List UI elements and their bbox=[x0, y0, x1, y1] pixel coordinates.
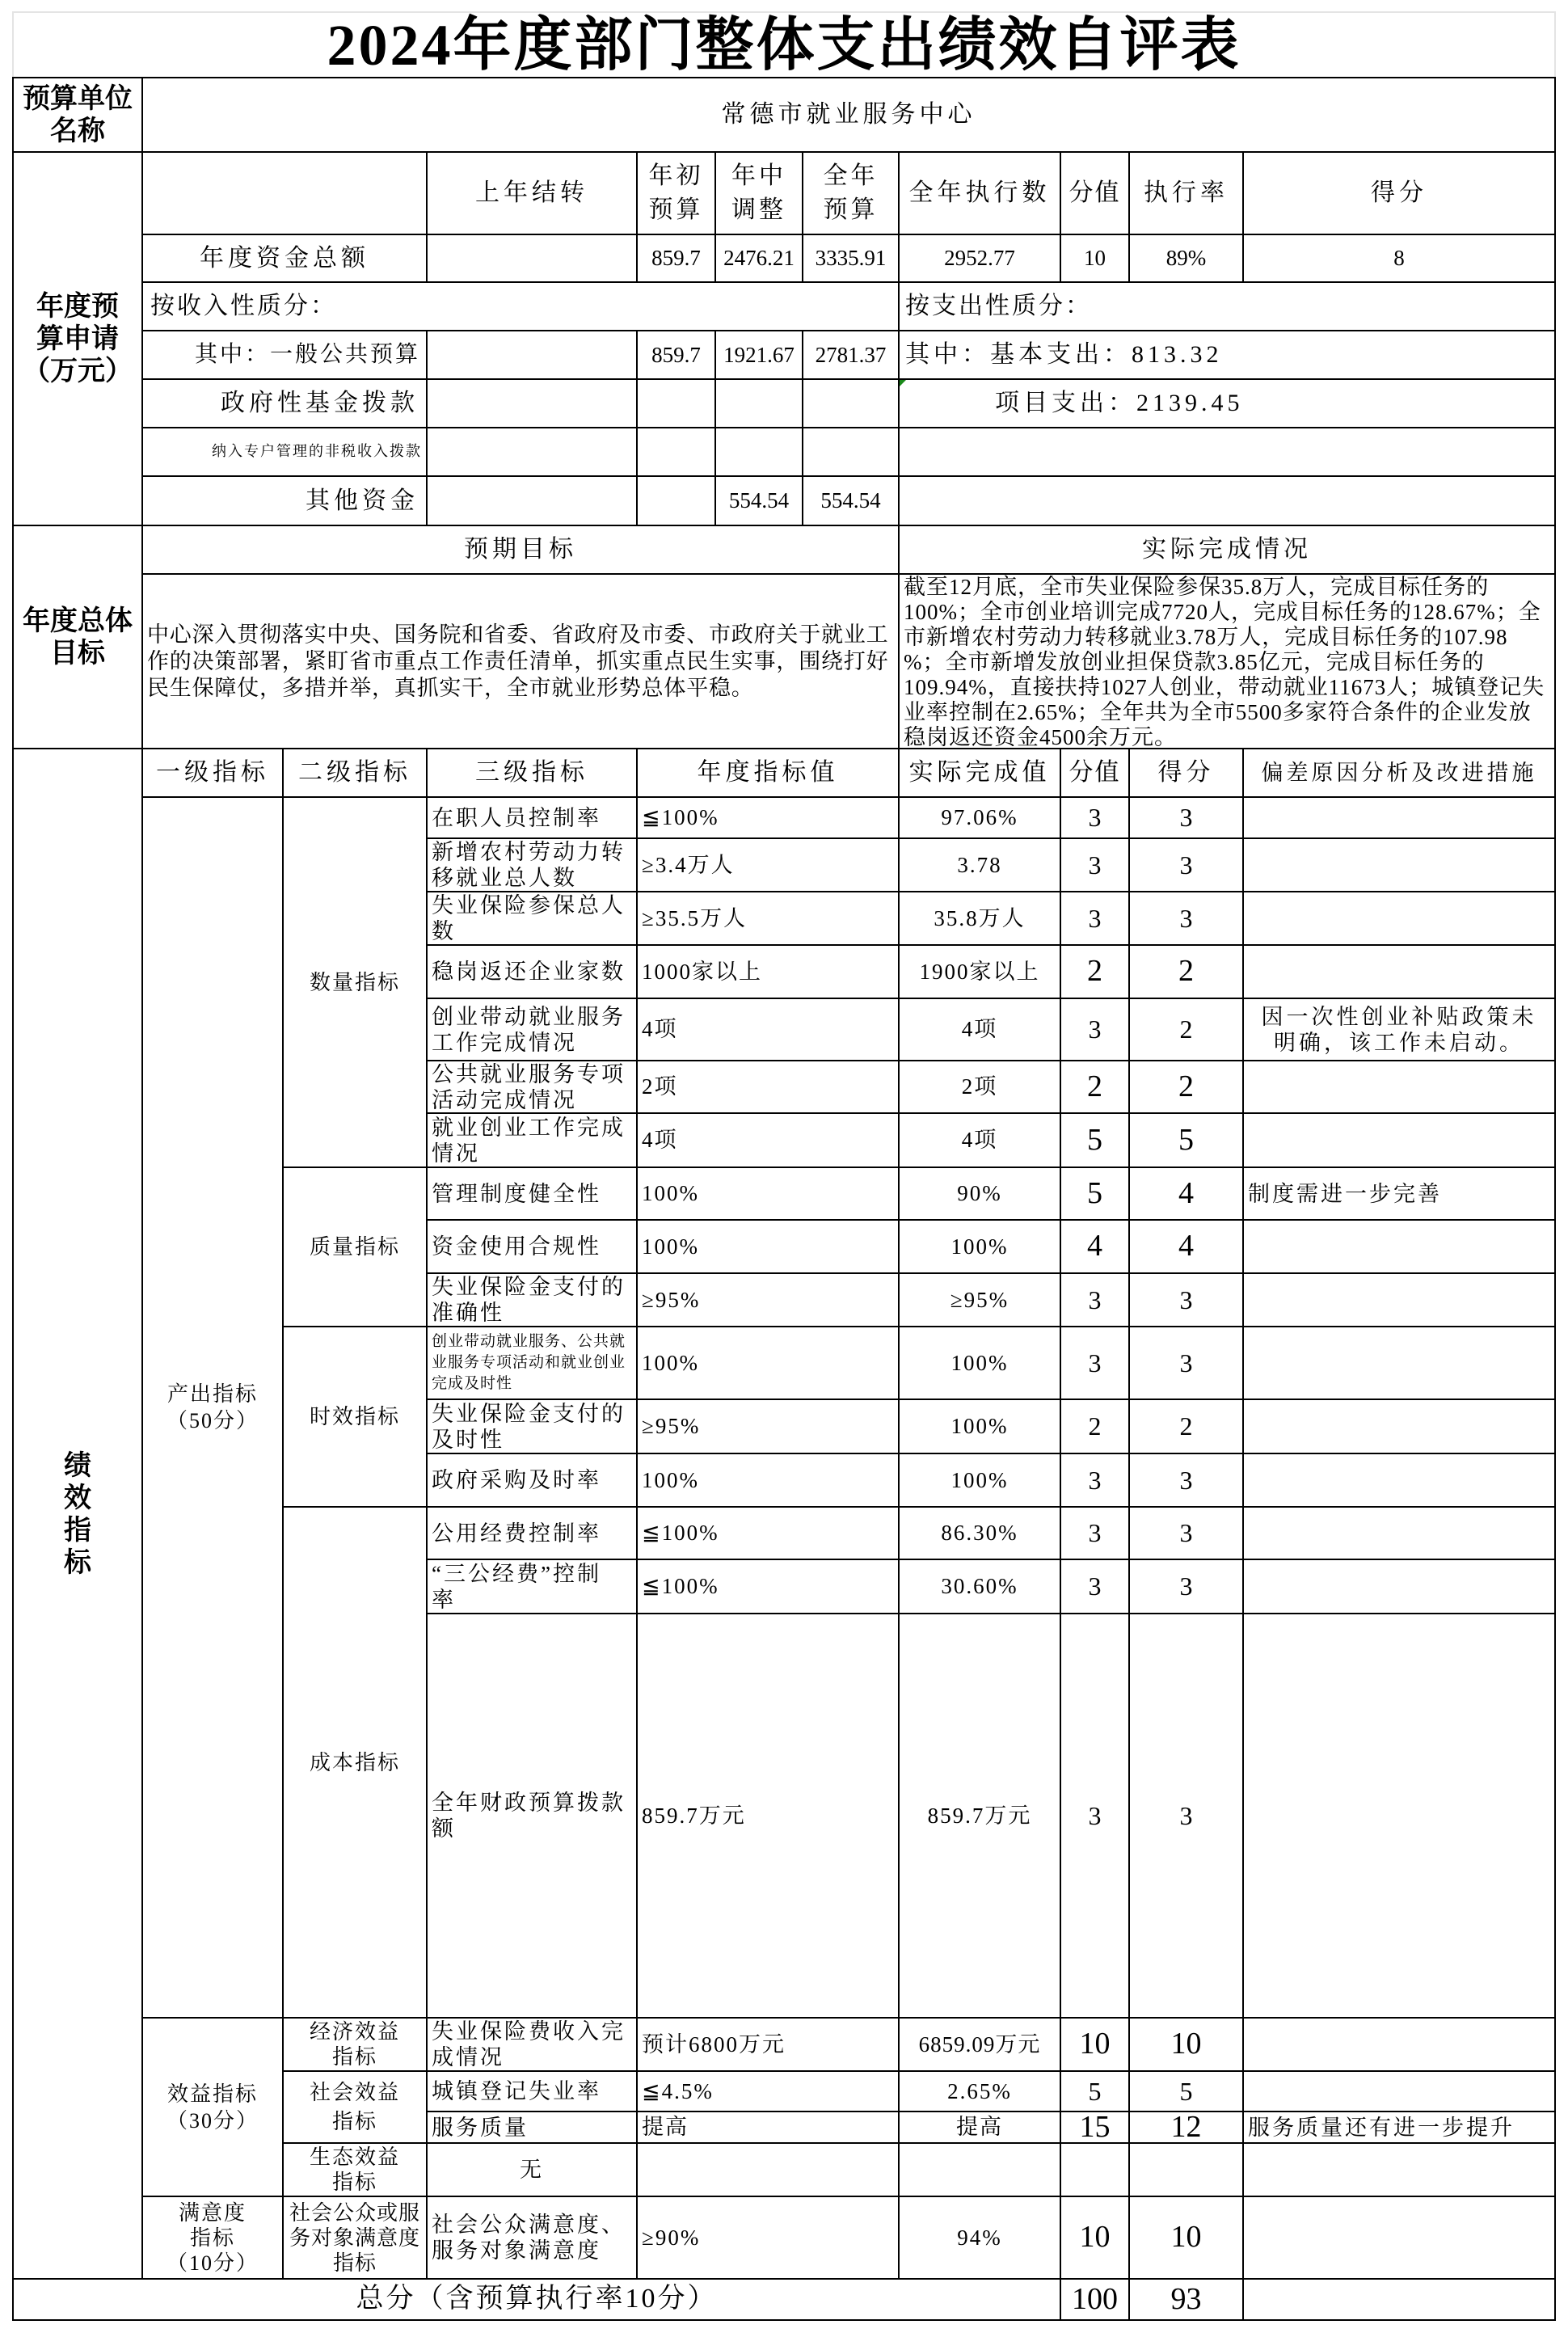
indicator-actual: 4项 bbox=[899, 1113, 1060, 1167]
indicator-name: 失业保险金支付的 及时性 bbox=[427, 1399, 637, 1453]
expected-goal-header: 预期目标 bbox=[142, 525, 899, 574]
indicator-name: 城镇登记失业率 bbox=[427, 2071, 637, 2112]
indicator-name: 政府采购及时率 bbox=[427, 1453, 637, 1507]
income-row-carryover bbox=[427, 379, 637, 428]
income-row-initial bbox=[637, 379, 715, 428]
indicator-name: 公用经费控制率 bbox=[427, 1507, 637, 1559]
budget-total-carryover bbox=[427, 234, 637, 282]
indicator-name: 创业带动就业服务 工作完成情况 bbox=[427, 998, 637, 1061]
indicator-deviation bbox=[1243, 1327, 1555, 1399]
indicator-weight: 3 bbox=[1060, 998, 1129, 1061]
budget-total-exec-rate: 89% bbox=[1129, 234, 1243, 282]
indicator-score: 4 bbox=[1129, 1220, 1243, 1273]
indicator-deviation bbox=[1243, 1113, 1555, 1167]
indicator-score: 3 bbox=[1129, 1507, 1243, 1559]
income-row-full-year bbox=[803, 379, 899, 428]
indicator-target: ≥3.4万人 bbox=[637, 838, 899, 892]
indicator-score: 3 bbox=[1129, 1614, 1243, 2018]
total-note bbox=[1243, 2279, 1555, 2320]
indicator-deviation: 制度需进一步完善 bbox=[1243, 1167, 1555, 1220]
budget-total-label: 年度资金总额 bbox=[142, 234, 427, 282]
income-row-carryover bbox=[427, 428, 637, 476]
indicator-actual: 859.7万元 bbox=[899, 1614, 1060, 2018]
indicator-score: 2 bbox=[1129, 1399, 1243, 1453]
indicator-weight: 3 bbox=[1060, 797, 1129, 838]
indicator-deviation bbox=[1243, 2196, 1555, 2279]
indicator-score: 5 bbox=[1129, 2071, 1243, 2112]
indicator-score: 3 bbox=[1129, 892, 1243, 945]
actual-completion-header: 实际完成情况 bbox=[899, 525, 1555, 574]
indicator-actual: 94% bbox=[899, 2196, 1060, 2279]
indicator-weight: 3 bbox=[1060, 1614, 1129, 2018]
indicator-deviation bbox=[1243, 2071, 1555, 2112]
income-row-midyear: 1921.67 bbox=[715, 331, 803, 379]
indicator-score: 3 bbox=[1129, 1273, 1243, 1327]
indicator-score: 2 bbox=[1129, 1061, 1243, 1113]
budget-total-score: 8 bbox=[1243, 234, 1555, 282]
budget-header-blank bbox=[142, 152, 427, 234]
indicator-score: 3 bbox=[1129, 838, 1243, 892]
income-row-full-year: 2781.37 bbox=[803, 331, 899, 379]
indicator-target: 100% bbox=[637, 1453, 899, 1507]
budget-total-weight: 10 bbox=[1060, 234, 1129, 282]
indicator-name: 就业创业工作完成 情况 bbox=[427, 1113, 637, 1167]
unit-name: 常德市就业服务中心 bbox=[142, 78, 1555, 152]
indicator-score: 3 bbox=[1129, 1559, 1243, 1614]
budget-section-label: 年度预 算申请 （万元） bbox=[13, 152, 142, 525]
indicator-weight: 5 bbox=[1060, 1113, 1129, 1167]
level2-satisfaction: 社会公众或服 务对象满意度 指标 bbox=[283, 2196, 427, 2279]
indicator-name: “三公经费”控制 率 bbox=[427, 1559, 637, 1614]
indicator-weight: 3 bbox=[1060, 1559, 1129, 1614]
indicator-name: 全年财政预算拨款 额 bbox=[427, 1614, 637, 2018]
income-row-midyear bbox=[715, 428, 803, 476]
header-target: 年度指标值 bbox=[637, 749, 899, 797]
indicator-actual: 6859.09万元 bbox=[899, 2018, 1060, 2071]
indicator-weight: 3 bbox=[1060, 1507, 1129, 1559]
income-row-full-year: 554.54 bbox=[803, 476, 899, 525]
indicator-actual: 2项 bbox=[899, 1061, 1060, 1113]
income-row-midyear: 554.54 bbox=[715, 476, 803, 525]
income-row-initial: 859.7 bbox=[637, 331, 715, 379]
indicator-target: 提高 bbox=[637, 2112, 899, 2143]
indicator-name: 管理制度健全性 bbox=[427, 1167, 637, 1220]
indicator-score: 12 bbox=[1129, 2112, 1243, 2143]
indicator-score: 2 bbox=[1129, 998, 1243, 1061]
performance-self-evaluation-sheet: 2024年度部门整体支出绩效自评表 预算单位 名称 常德市就业服务中心 年度预 … bbox=[0, 0, 1568, 2333]
indicator-name: 资金使用合规性 bbox=[427, 1220, 637, 1273]
expense-row-text bbox=[899, 428, 1555, 476]
indicator-actual: 35.8万人 bbox=[899, 892, 1060, 945]
indicator-target: ≦100% bbox=[637, 1559, 899, 1614]
indicator-target: ≥90% bbox=[637, 2196, 899, 2279]
indicator-deviation bbox=[1243, 1220, 1555, 1273]
indicator-target: ≥95% bbox=[637, 1399, 899, 1453]
indicator-actual: 100% bbox=[899, 1220, 1060, 1273]
indicator-weight: 3 bbox=[1060, 892, 1129, 945]
indicator-score: 3 bbox=[1129, 1453, 1243, 1507]
indicator-deviation bbox=[1243, 1273, 1555, 1327]
budget-header-initial: 年初 预算 bbox=[637, 152, 715, 234]
income-row-label: 其中：一般公共预算 bbox=[142, 331, 427, 379]
indicator-actual: 100% bbox=[899, 1327, 1060, 1399]
header-deviation: 偏差原因分析及改进措施 bbox=[1243, 749, 1555, 797]
indicator-target bbox=[637, 2143, 899, 2196]
budget-header-score: 得分 bbox=[1243, 152, 1555, 234]
indicator-name: 社会公众满意度、 服务对象满意度 bbox=[427, 2196, 637, 2279]
indicator-actual: 100% bbox=[899, 1453, 1060, 1507]
indicator-deviation bbox=[1243, 892, 1555, 945]
indicator-score: 3 bbox=[1129, 797, 1243, 838]
indicator-score: 5 bbox=[1129, 1113, 1243, 1167]
indicator-actual: 30.60% bbox=[899, 1559, 1060, 1614]
indicator-weight: 2 bbox=[1060, 945, 1129, 998]
indicator-name: 服务质量 bbox=[427, 2112, 637, 2143]
indicator-name: 创业带动就业服务、公共就 业服务专项活动和就业创业 完成及时性 bbox=[427, 1327, 637, 1399]
indicator-score: 10 bbox=[1129, 2018, 1243, 2071]
indicator-name: 新增农村劳动力转 移就业总人数 bbox=[427, 838, 637, 892]
income-row-full-year bbox=[803, 428, 899, 476]
level1-output: 产出指标 （50分） bbox=[142, 797, 283, 2018]
indicator-score: 10 bbox=[1129, 2196, 1243, 2279]
indicator-weight: 3 bbox=[1060, 838, 1129, 892]
indicator-weight: 4 bbox=[1060, 1220, 1129, 1273]
indicator-actual: ≥95% bbox=[899, 1273, 1060, 1327]
indicator-score: 4 bbox=[1129, 1167, 1243, 1220]
header-level2: 二级指标 bbox=[283, 749, 427, 797]
income-row-carryover bbox=[427, 476, 637, 525]
by-expense-label: 按支出性质分： bbox=[899, 282, 1555, 331]
goals-section-label: 年度总体 目标 bbox=[13, 525, 142, 749]
indicator-actual: 3.78 bbox=[899, 838, 1060, 892]
indicator-weight: 3 bbox=[1060, 1273, 1129, 1327]
indicator-deviation bbox=[1243, 838, 1555, 892]
indicator-deviation bbox=[1243, 1399, 1555, 1453]
level2-economic-benefit: 经济效益 指标 bbox=[283, 2018, 427, 2071]
by-income-label: 按收入性质分： bbox=[142, 282, 899, 331]
budget-total-initial: 859.7 bbox=[637, 234, 715, 282]
indicator-deviation bbox=[1243, 2143, 1555, 2196]
indicator-weight bbox=[1060, 2143, 1129, 2196]
level2-social-benefit: 社会效益 指标 bbox=[283, 2071, 427, 2143]
level2-ecological-benefit: 生态效益 指标 bbox=[283, 2143, 427, 2196]
indicator-weight: 5 bbox=[1060, 1167, 1129, 1220]
income-row-label: 纳入专户管理的非税收入拨款 bbox=[142, 428, 427, 476]
income-row-label: 其他资金 bbox=[142, 476, 427, 525]
indicator-name: 失业保险参保总人 数 bbox=[427, 892, 637, 945]
budget-total-executed: 2952.77 bbox=[899, 234, 1060, 282]
income-row-midyear bbox=[715, 379, 803, 428]
indicator-target: 1000家以上 bbox=[637, 945, 899, 998]
actual-completion-text: 截至12月底，全市失业保险参保35.8万人，完成目标任务的100%；全市创业培训… bbox=[899, 574, 1555, 749]
expected-goal-text: 中心深入贯彻落实中央、国务院和省委、省政府及市委、市政府关于就业工作的决策部署，… bbox=[142, 574, 899, 749]
indicator-deviation bbox=[1243, 1559, 1555, 1614]
indicator-actual bbox=[899, 2143, 1060, 2196]
expense-row-text bbox=[899, 476, 1555, 525]
total-score-label: 总分（含预算执行率10分） bbox=[13, 2279, 1060, 2320]
indicator-actual: 86.30% bbox=[899, 1507, 1060, 1559]
indicator-target: ≥35.5万人 bbox=[637, 892, 899, 945]
indicator-actual: 4项 bbox=[899, 998, 1060, 1061]
indicator-name: 无 bbox=[427, 2143, 637, 2196]
indicator-deviation bbox=[1243, 797, 1555, 838]
income-row-carryover bbox=[427, 331, 637, 379]
budget-header-executed: 全年执行数 bbox=[899, 152, 1060, 234]
level2-quantity: 数量指标 bbox=[283, 797, 427, 1167]
indicator-name: 公共就业服务专项 活动完成情况 bbox=[427, 1061, 637, 1113]
budget-header-full-year: 全年 预算 bbox=[803, 152, 899, 234]
indicator-name: 稳岗返还企业家数 bbox=[427, 945, 637, 998]
budget-header-exec-rate: 执行率 bbox=[1129, 152, 1243, 234]
total-score: 93 bbox=[1129, 2279, 1243, 2320]
income-row-initial bbox=[637, 428, 715, 476]
level1-benefit: 效益指标 （30分） bbox=[142, 2018, 283, 2196]
indicator-actual: 90% bbox=[899, 1167, 1060, 1220]
indicator-actual: 1900家以上 bbox=[899, 945, 1060, 998]
page-title: 2024年度部门整体支出绩效自评表 bbox=[13, 12, 1555, 78]
indicator-score: 3 bbox=[1129, 1327, 1243, 1399]
budget-header-carryover: 上年结转 bbox=[427, 152, 637, 234]
total-weight: 100 bbox=[1060, 2279, 1129, 2320]
expense-row-text: 其中：基本支出：813.32 bbox=[899, 331, 1555, 379]
indicator-score bbox=[1129, 2143, 1243, 2196]
indicator-weight: 2 bbox=[1060, 1399, 1129, 1453]
indicator-name: 在职人员控制率 bbox=[427, 797, 637, 838]
indicator-deviation bbox=[1243, 1061, 1555, 1113]
indicator-name: 失业保险费收入完 成情况 bbox=[427, 2018, 637, 2071]
indicator-target: 4项 bbox=[637, 998, 899, 1061]
income-row-label: 政府性基金拨款 bbox=[142, 379, 427, 428]
indicator-target: ≥95% bbox=[637, 1273, 899, 1327]
indicator-weight: 5 bbox=[1060, 2071, 1129, 2112]
indicator-weight: 3 bbox=[1060, 1327, 1129, 1399]
indicator-deviation bbox=[1243, 1614, 1555, 2018]
indicator-score: 2 bbox=[1129, 945, 1243, 998]
indicator-weight: 10 bbox=[1060, 2196, 1129, 2279]
budget-total-full-year: 3335.91 bbox=[803, 234, 899, 282]
indicator-deviation bbox=[1243, 1507, 1555, 1559]
level2-timeliness: 时效指标 bbox=[283, 1327, 427, 1507]
indicator-weight: 3 bbox=[1060, 1453, 1129, 1507]
header-actual: 实际完成值 bbox=[899, 749, 1060, 797]
error-indicator-icon bbox=[900, 380, 906, 386]
indicator-target: ≦4.5% bbox=[637, 2071, 899, 2112]
indicator-target: 100% bbox=[637, 1327, 899, 1399]
level2-quality: 质量指标 bbox=[283, 1167, 427, 1327]
indicator-target: 859.7万元 bbox=[637, 1614, 899, 2018]
header-level1: 一级指标 bbox=[142, 749, 283, 797]
indicator-target: 100% bbox=[637, 1167, 899, 1220]
header-weight: 分值 bbox=[1060, 749, 1129, 797]
indicator-name: 失业保险金支付的 准确性 bbox=[427, 1273, 637, 1327]
indicators-section-label: 绩 效 指 标 bbox=[13, 749, 142, 2279]
indicator-deviation bbox=[1243, 1453, 1555, 1507]
indicator-target: ≦100% bbox=[637, 797, 899, 838]
indicator-actual: 100% bbox=[899, 1399, 1060, 1453]
level1-satisfaction: 满意度 指标 （10分） bbox=[142, 2196, 283, 2279]
budget-total-midyear: 2476.21 bbox=[715, 234, 803, 282]
indicator-deviation bbox=[1243, 945, 1555, 998]
header-score: 得分 bbox=[1129, 749, 1243, 797]
header-level3: 三级指标 bbox=[427, 749, 637, 797]
indicator-target: 2项 bbox=[637, 1061, 899, 1113]
indicator-weight: 10 bbox=[1060, 2018, 1129, 2071]
indicator-actual: 97.06% bbox=[899, 797, 1060, 838]
indicator-deviation: 因一次性创业补贴政策未 明确，该工作未启动。 bbox=[1243, 998, 1555, 1061]
indicator-target: ≦100% bbox=[637, 1507, 899, 1559]
expense-row-text: 项目支出：2139.45 bbox=[899, 379, 1555, 428]
indicator-target: 4项 bbox=[637, 1113, 899, 1167]
indicator-deviation bbox=[1243, 2018, 1555, 2071]
level2-cost: 成本指标 bbox=[283, 1507, 427, 2018]
indicator-deviation: 服务质量还有进一步提升 bbox=[1243, 2112, 1555, 2143]
indicator-weight: 2 bbox=[1060, 1061, 1129, 1113]
indicator-target: 100% bbox=[637, 1220, 899, 1273]
indicator-actual: 2.65% bbox=[899, 2071, 1060, 2112]
indicator-weight: 15 bbox=[1060, 2112, 1129, 2143]
budget-header-weight: 分值 bbox=[1060, 152, 1129, 234]
indicator-target: 预计6800万元 bbox=[637, 2018, 899, 2071]
budget-header-midyear: 年中 调整 bbox=[715, 152, 803, 234]
indicator-actual: 提高 bbox=[899, 2112, 1060, 2143]
income-row-initial bbox=[637, 476, 715, 525]
unit-label: 预算单位 名称 bbox=[13, 78, 142, 152]
